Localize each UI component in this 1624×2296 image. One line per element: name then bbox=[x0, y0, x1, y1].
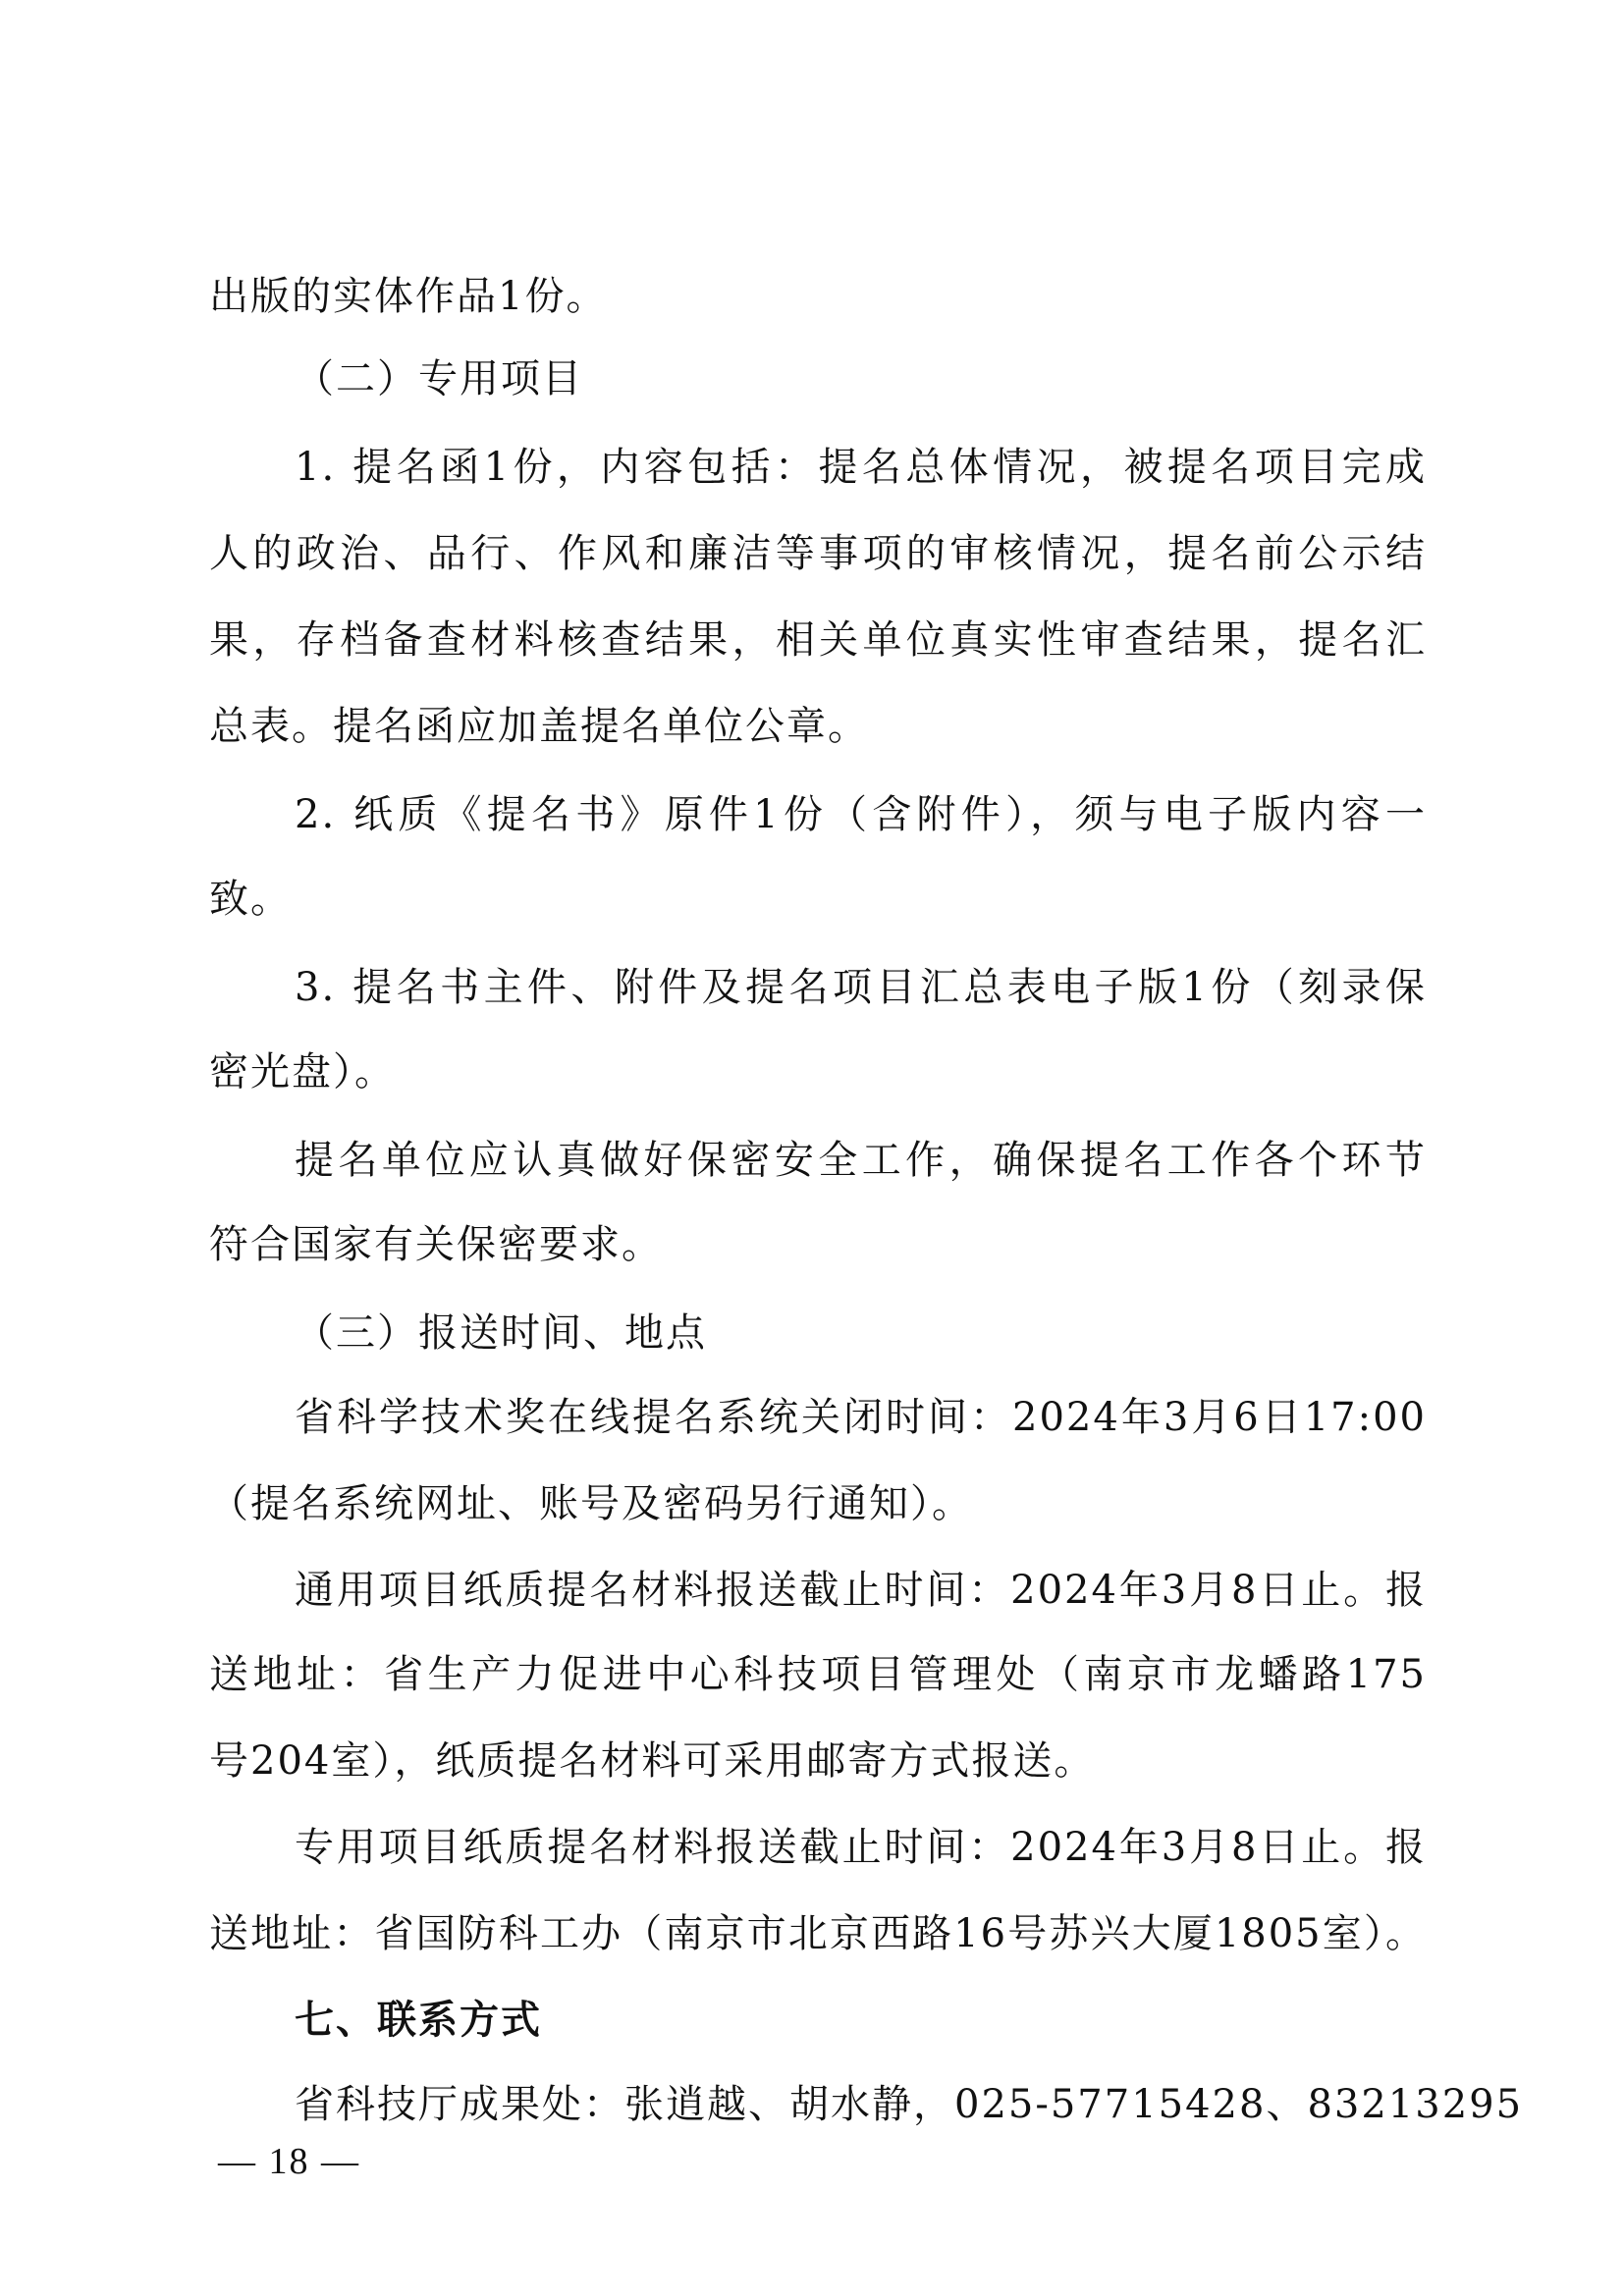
list-item-1: 1. 提名函1份，内容包括：提名总体情况，被提名项目完成 bbox=[295, 444, 1427, 491]
paragraph-line: 密光盘）。 bbox=[209, 1048, 1427, 1095]
paragraph-line: 果，存档备查材料核查结果，相关单位真实性审查结果，提名汇 bbox=[209, 616, 1427, 664]
paragraph-line: 省科学技术奖在线提名系统关闭时间：2024年3月6日17:00 bbox=[295, 1394, 1427, 1441]
list-item-3: 3. 提名书主件、附件及提名项目汇总表电子版1份（刻录保 bbox=[295, 964, 1427, 1011]
document-page: 出版的实体作品1份。 （二）专用项目 1. 提名函1份，内容包括：提名总体情况，… bbox=[0, 0, 1624, 2296]
paragraph-line: 提名单位应认真做好保密安全工作，确保提名工作各个环节 bbox=[295, 1137, 1427, 1184]
section-subheading: （三）报送时间、地点 bbox=[295, 1309, 1512, 1357]
paragraph-line: 专用项目纸质提名材料报送截止时间：2024年3月8日止。报 bbox=[295, 1824, 1427, 1871]
paragraph-line: 号204室），纸质提名材料可采用邮寄方式报送。 bbox=[209, 1737, 1427, 1785]
list-item-2: 2. 纸质《提名书》原件1份（含附件），须与电子版内容一 bbox=[295, 791, 1427, 838]
paragraph-line: 总表。提名函应加盖提名单位公章。 bbox=[209, 703, 1427, 750]
paragraph-line: 人的政治、品行、作风和廉洁等事项的审核情况，提名前公示结 bbox=[209, 530, 1427, 577]
page-number: — 18 — bbox=[218, 2138, 360, 2185]
paragraph-line: （提名系统网址、账号及密码另行通知）。 bbox=[209, 1480, 1427, 1527]
paragraph-line: 出版的实体作品1份。 bbox=[209, 273, 1427, 320]
contact-line: 省科技厅成果处：张逍越、胡水静，025-57715428、83213295 bbox=[295, 2081, 1427, 2128]
paragraph-line: 符合国家有关保密要求。 bbox=[209, 1221, 1427, 1268]
paragraph-line: 通用项目纸质提名材料报送截止时间：2024年3月8日止。报 bbox=[295, 1567, 1427, 1614]
section-heading: 七、联系方式 bbox=[295, 1997, 1512, 2044]
paragraph-line: 送地址：省生产力促进中心科技项目管理处（南京市龙蟠路175 bbox=[209, 1651, 1427, 1698]
section-subheading: （二）专用项目 bbox=[295, 355, 1512, 402]
paragraph-line: 送地址：省国防科工办（南京市北京西路16号苏兴大厦1805室）。 bbox=[209, 1910, 1427, 1957]
paragraph-line: 致。 bbox=[209, 876, 1427, 923]
